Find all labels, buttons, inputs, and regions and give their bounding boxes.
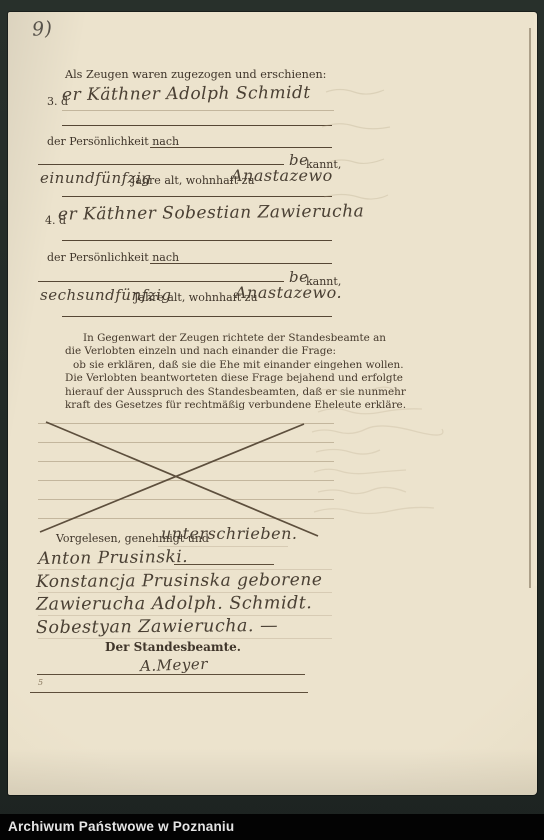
margin-mark: 5	[38, 678, 44, 687]
witness-3-name-handwriting: er Käthner Adolph Schmidt	[62, 83, 311, 105]
fill-in-line	[62, 240, 332, 241]
registrar-signature: A.Meyer	[140, 655, 208, 675]
signature-line: Konstancja Prusinska geborene	[36, 570, 322, 592]
page-number-annotation: 9)	[31, 17, 53, 40]
archive-scan-viewer: { "archive_watermark": "Archiwum Państwo…	[0, 0, 544, 840]
ruled-line	[38, 638, 332, 639]
declaration-line: kraft des Gesetzes für rechtmäßig verbun…	[65, 399, 369, 412]
declaration-line: In Gegenwart der Zeugen richtete der Sta…	[65, 332, 369, 345]
fill-in-line	[62, 316, 332, 317]
fill-in-line	[30, 692, 308, 693]
ink-bleedthrough-texture	[318, 72, 438, 212]
archive-watermark-bar: Archiwum Państwowe w Poznaniu	[0, 814, 544, 840]
signature-line: Sobestyan Zawierucha. —	[36, 616, 278, 638]
declaration-line: die Verlobten einzeln und nach einander …	[65, 345, 369, 358]
fill-in-line	[150, 147, 332, 148]
next-page-edge	[534, 16, 537, 586]
ruled-line	[62, 110, 334, 111]
signature-line: Zawierucha Adolph. Schmidt.	[36, 593, 312, 614]
page-edge-line	[529, 28, 531, 588]
closing-handwriting: unterschrieben.	[161, 524, 297, 543]
archive-watermark-text: Archiwum Państwowe w Poznaniu	[8, 814, 234, 840]
fill-in-line	[62, 125, 332, 126]
declaration-line: ob sie erklären, daß sie die Ehe mit ein…	[65, 359, 369, 372]
witness-3-residence-handwriting: Anastazewo	[231, 166, 333, 185]
declaration-paragraph: In Gegenwart der Zeugen richtete der Sta…	[65, 332, 369, 412]
witness-4-residence-handwriting: Anastazewo.	[235, 283, 342, 302]
signature-line: Anton Prusinski.	[38, 547, 188, 569]
register-page: 9) Als Zeugen waren zugezogen und erschi…	[8, 12, 537, 795]
fill-in-line	[150, 263, 332, 264]
fill-in-line	[37, 674, 305, 675]
witnesses-intro-line: Als Zeugen waren zugezogen und erschiene…	[65, 68, 326, 81]
fill-in-line	[174, 564, 274, 565]
registrar-title: Der Standesbeamte.	[88, 640, 258, 654]
declaration-line: Die Verlobten beantworteten diese Frage …	[65, 372, 369, 385]
fill-in-line	[62, 196, 332, 197]
witness-4-name-handwriting: er Käthner Sobestian Zawierucha	[58, 201, 364, 224]
fill-in-line	[38, 281, 284, 282]
fill-in-line	[38, 164, 284, 165]
declaration-line: hierauf der Ausspruch des Standesbeamten…	[65, 386, 369, 399]
